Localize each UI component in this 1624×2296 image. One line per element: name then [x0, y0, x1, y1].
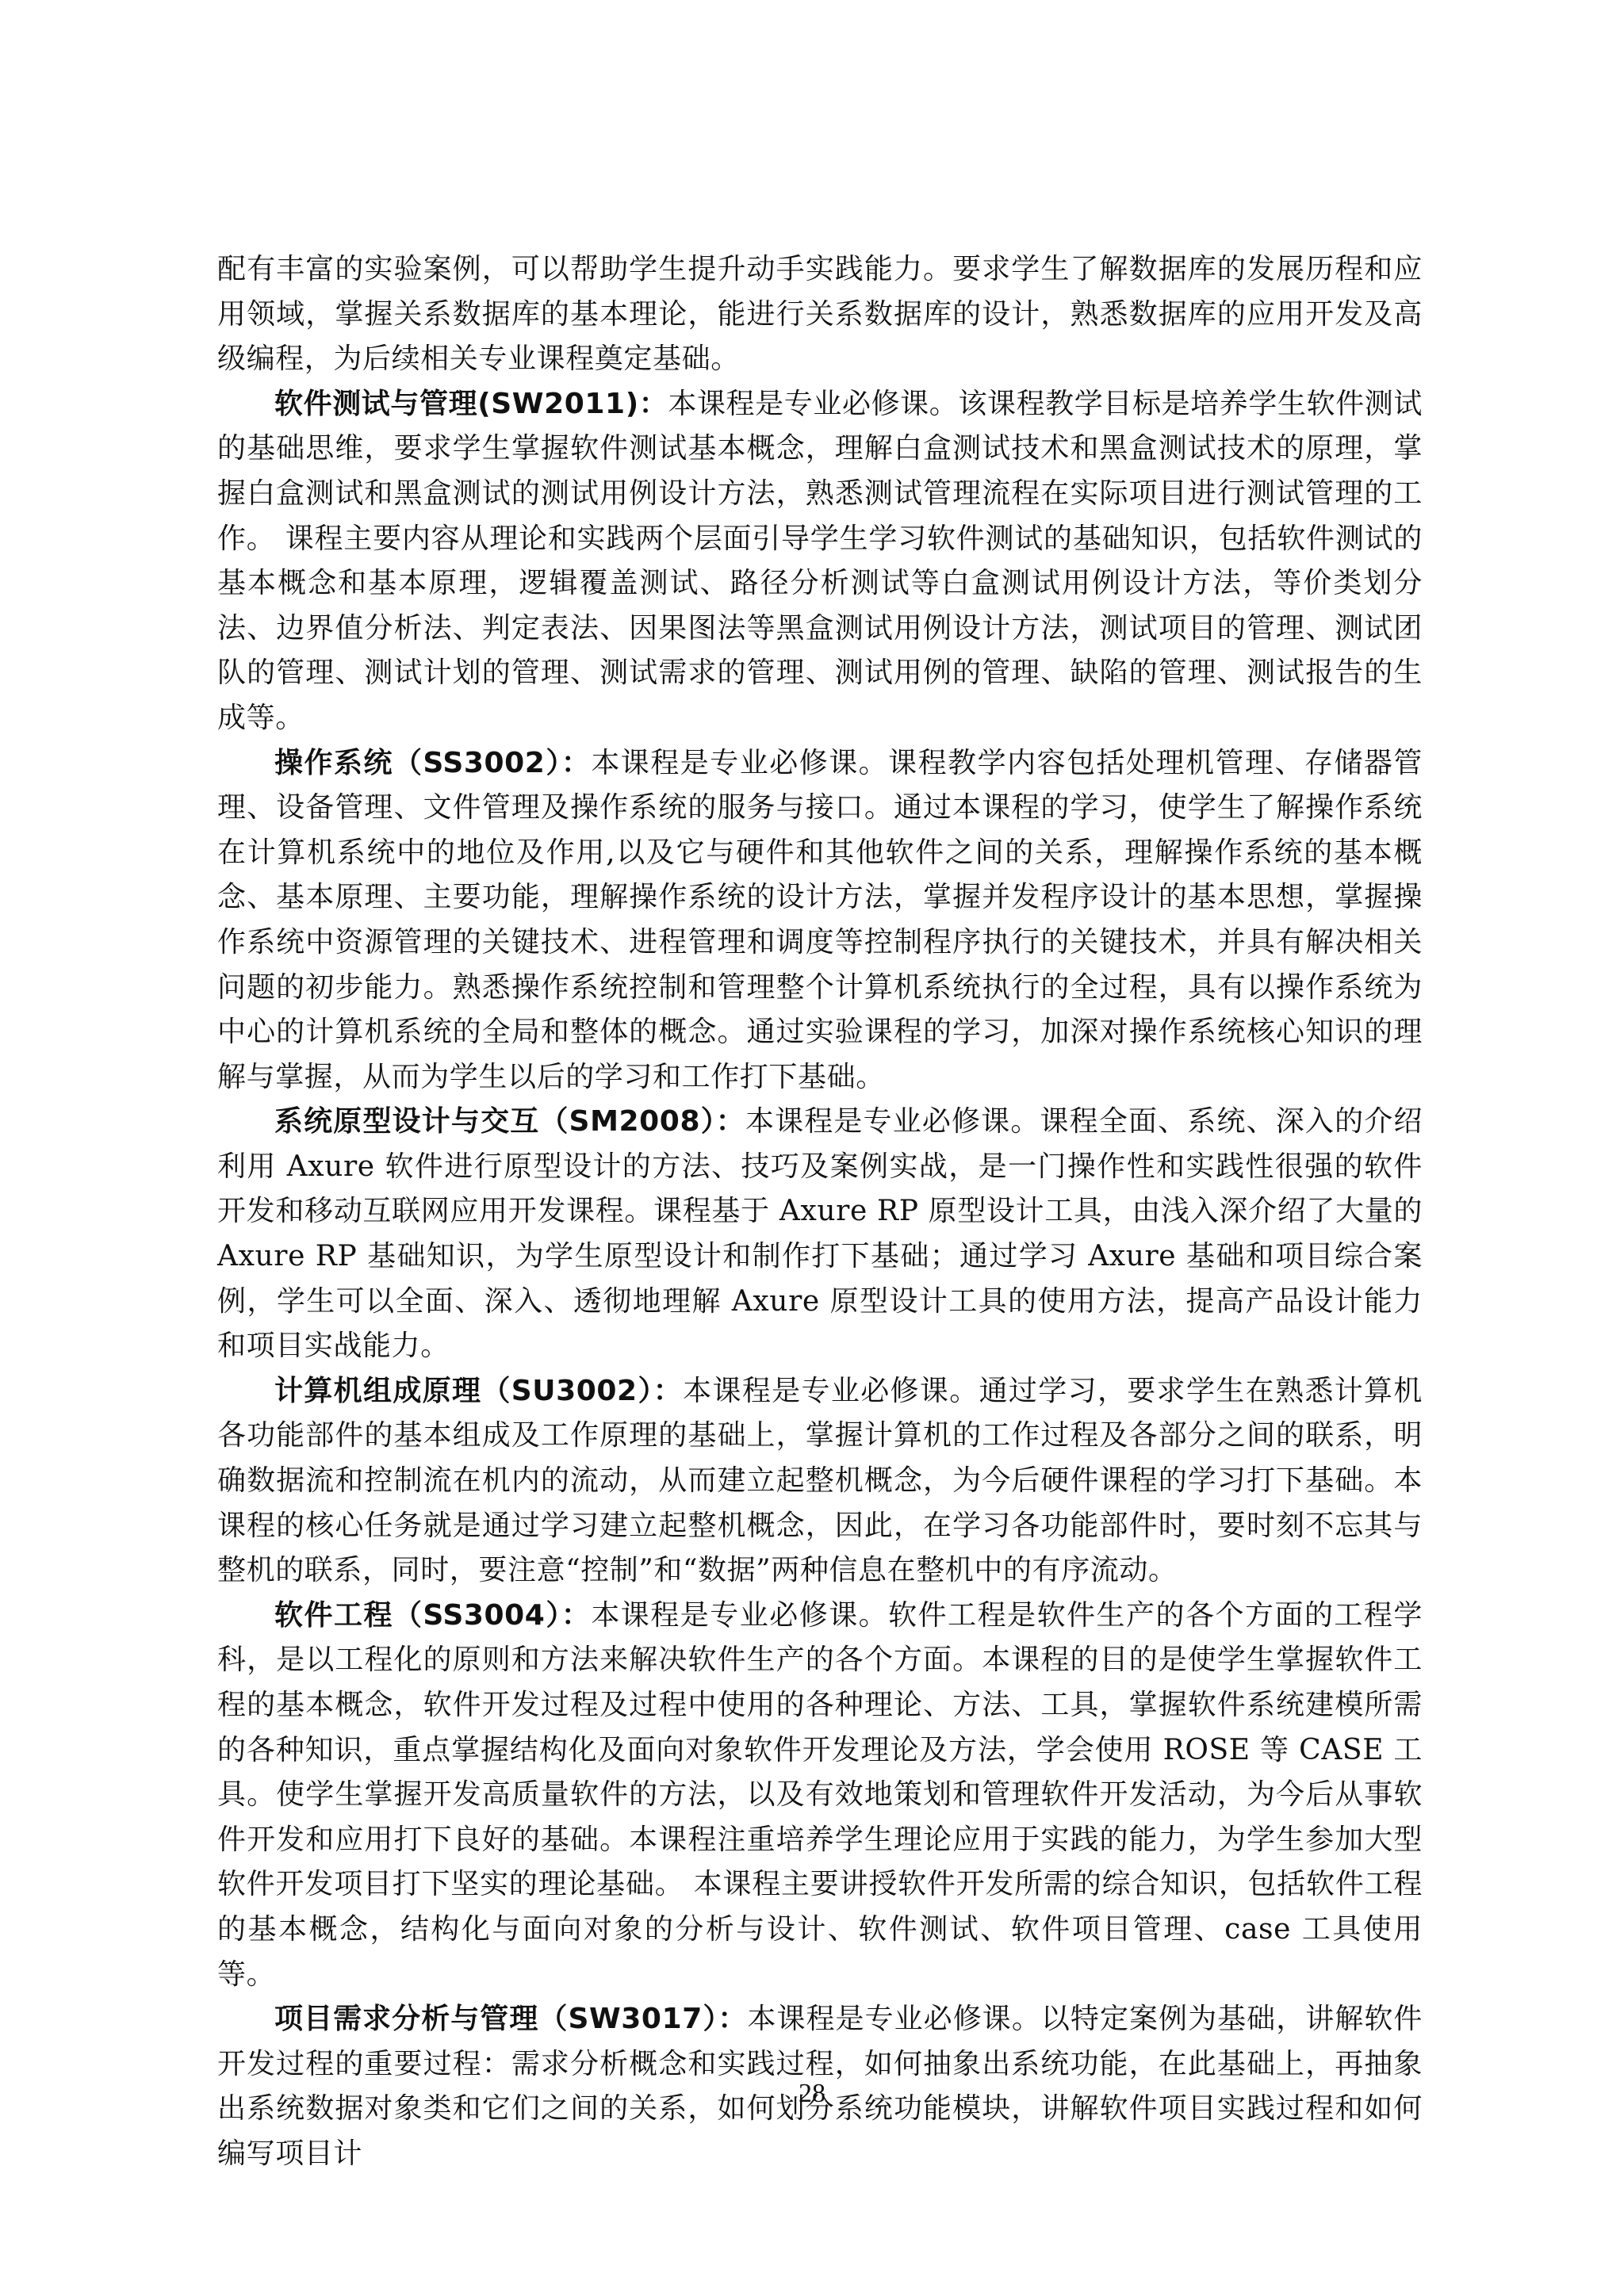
course-description: 本课程是专业必修课。课程教学内容包括处理机管理、存储器管理、设备管理、文件管理及…	[217, 747, 1423, 1093]
course-title: 项目需求分析与管理（SW3017）：	[274, 2003, 747, 2035]
course-paragraph-software-testing: 软件测试与管理(SW2011)：本课程是专业必修课。该课程教学目标是培养学生软件…	[217, 382, 1423, 741]
course-title: 计算机组成原理（SU3002）：	[274, 1375, 683, 1407]
course-description: 本课程是专业必修课。课程全面、系统、深入的介绍利用 Axure 软件进行原型设计…	[217, 1105, 1423, 1362]
course-title: 软件工程（SS3004）：	[274, 1599, 591, 1632]
course-paragraph-prototype-design: 系统原型设计与交互（SM2008）：本课程是专业必修课。课程全面、系统、深入的介…	[217, 1100, 1423, 1369]
paragraph-text: 配有丰富的实验案例，可以帮助学生提升动手实践能力。要求学生了解数据库的发展历程和…	[217, 253, 1423, 375]
course-paragraph-operating-systems: 操作系统（SS3002）：本课程是专业必修课。课程教学内容包括处理机管理、存储器…	[217, 741, 1423, 1100]
course-paragraph-software-engineering: 软件工程（SS3004）：本课程是专业必修课。软件工程是软件生产的各个方面的工程…	[217, 1594, 1423, 1997]
course-title: 系统原型设计与交互（SM2008）：	[274, 1105, 745, 1138]
document-page: 配有丰富的实验案例，可以帮助学生提升动手实践能力。要求学生了解数据库的发展历程和…	[217, 247, 1423, 2177]
course-paragraph-computer-organization: 计算机组成原理（SU3002）：本课程是专业必修课。通过学习，要求学生在熟悉计算…	[217, 1369, 1423, 1594]
course-title: 软件测试与管理(SW2011)：	[274, 388, 668, 420]
course-description: 本课程是专业必修课。软件工程是软件生产的各个方面的工程学科，是以工程化的原则和方…	[217, 1599, 1423, 1991]
course-title: 操作系统（SS3002）：	[274, 747, 591, 779]
page-number: 28	[0, 2079, 1624, 2109]
course-description: 本课程是专业必修课。该课程教学目标是培养学生软件测试的基础思维，要求学生掌握软件…	[217, 388, 1423, 734]
continuation-paragraph: 配有丰富的实验案例，可以帮助学生提升动手实践能力。要求学生了解数据库的发展历程和…	[217, 247, 1423, 382]
